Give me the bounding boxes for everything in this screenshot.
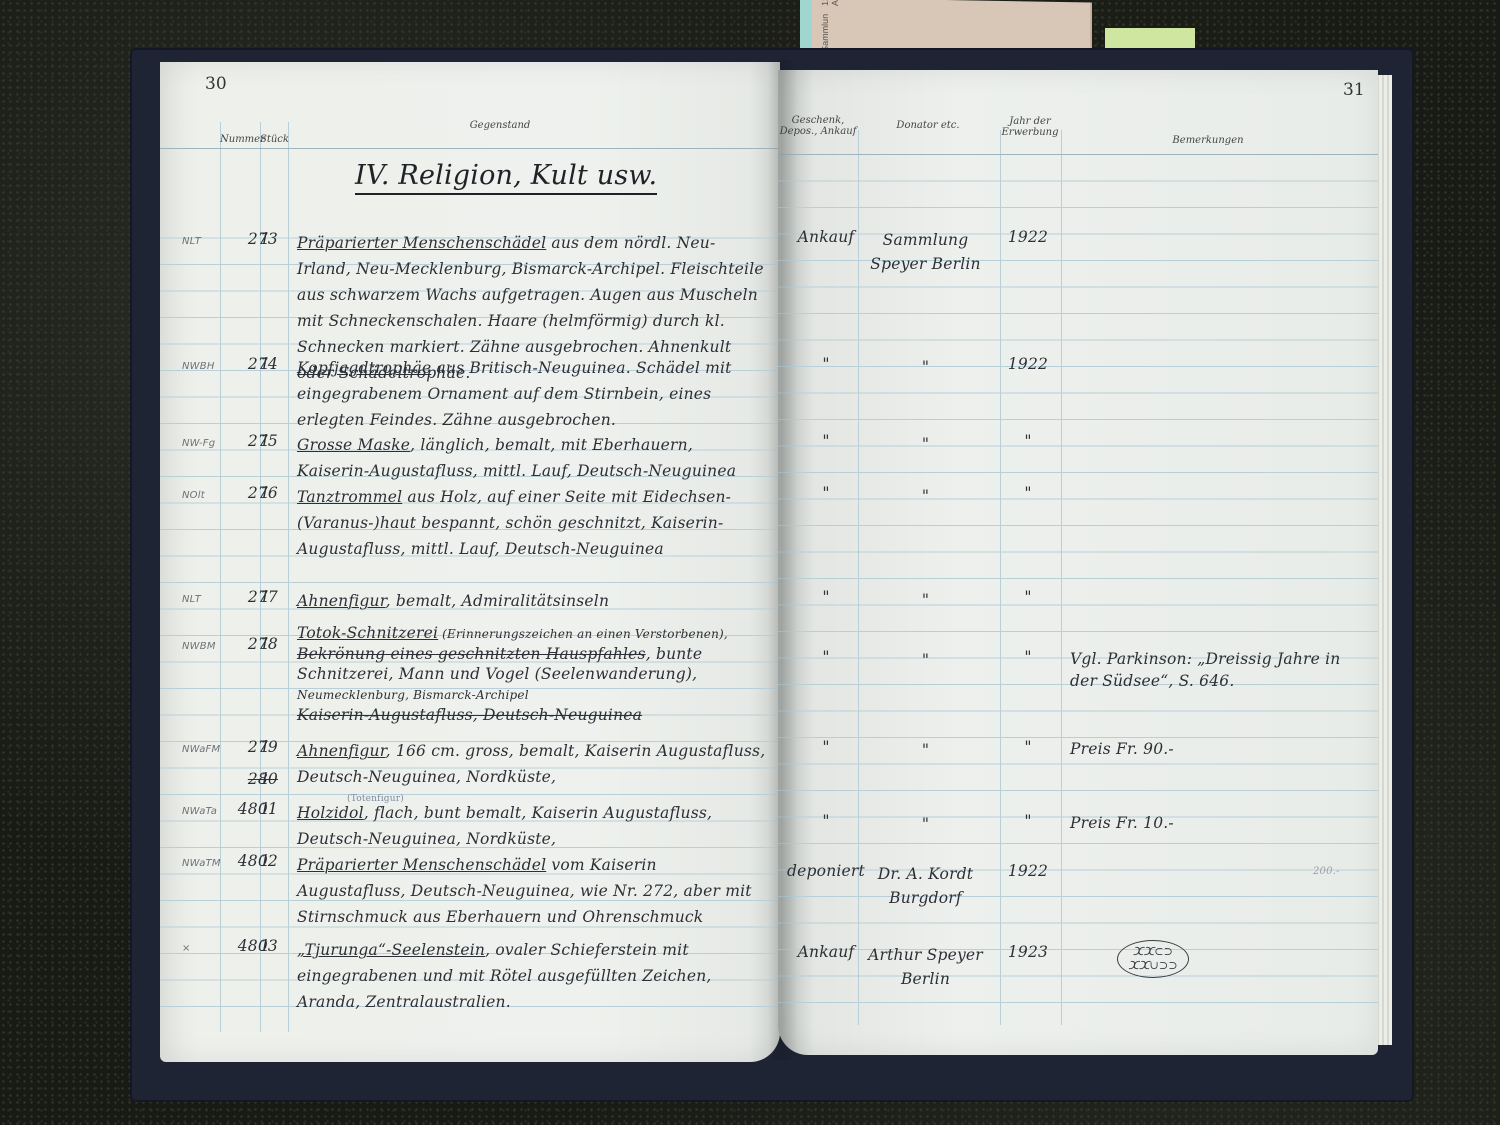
column-divider — [220, 122, 221, 1032]
donor-name: " — [868, 738, 983, 762]
acquisition-year: " — [998, 648, 1058, 666]
inventory-prefix: NWaFM — [182, 744, 220, 755]
donor-name: " — [868, 484, 983, 508]
column-header-count: Stück — [260, 134, 288, 145]
entry-count: 1 — [260, 770, 280, 788]
inventory-prefix: NW-Fg — [182, 438, 215, 449]
inventory-prefix: NLT — [182, 594, 201, 605]
entry-count: 1 — [260, 432, 280, 450]
section-title: IV. Religion, Kult usw. — [355, 160, 657, 195]
acquisition-year: 1922 — [998, 228, 1058, 246]
entry-title: „Tjurunga“-Seelenstein — [297, 941, 485, 959]
entry-count: 1 — [260, 800, 280, 818]
entry-description: Tanztrommel aus Holz, auf einer Seite mi… — [297, 484, 767, 562]
donor-name: " — [868, 588, 983, 612]
inventory-prefix: NWaTa — [182, 806, 217, 817]
donor-name: Dr. A. Kordt Burgdorf — [868, 862, 983, 910]
acquisition-year: " — [998, 432, 1058, 450]
acquisition-type: Ankauf — [786, 228, 866, 246]
page-number-right: 31 — [1343, 80, 1365, 100]
entry-count: 1 — [260, 738, 280, 756]
entry-title: Kopfjagdtrophäe — [297, 359, 431, 377]
donor-name: " — [868, 648, 983, 672]
acquisition-type: " — [786, 432, 866, 450]
entry-title: Tanztrommel — [297, 488, 402, 506]
entry-count: 1 — [260, 484, 280, 502]
acquisition-year: 1922 — [998, 355, 1058, 373]
entry-count: 1 — [260, 588, 280, 606]
inserted-correction: Neumecklenburg, Bismarck-Archipel — [297, 688, 529, 702]
inserted-paper-text: Sammlun13. Abb12. Lin11. Ne10. We9. Ka8.… — [820, 2, 840, 52]
acquisition-type: " — [786, 648, 866, 666]
entry-description: Totok-Schnitzerei (Erinnerungszeichen an… — [297, 623, 767, 725]
entry-count: 1 — [260, 937, 280, 955]
inventory-prefix: NLT — [182, 236, 201, 247]
entry-title: Totok-Schnitzerei — [297, 624, 438, 642]
entry-title-note: (Totenfigur) — [347, 786, 404, 812]
acquisition-type: " — [786, 812, 866, 830]
acquisition-year: " — [998, 738, 1058, 756]
inventory-prefix: NOlt — [182, 490, 205, 501]
entry-text: , bemalt, Admiralitätsinseln — [386, 592, 610, 610]
column-divider — [1000, 130, 1001, 1025]
entry-count: 1 — [260, 635, 280, 653]
entry-title: Ahnenfigur — [297, 742, 386, 760]
book-gutter — [768, 60, 798, 1060]
entry-count: 1 — [260, 230, 280, 248]
acquisition-type: " — [786, 738, 866, 756]
remark-text: Vgl. Parkinson: „Dreissig Jahre in der S… — [1070, 648, 1370, 692]
column-header-remarks: Bemerkungen — [1108, 135, 1308, 146]
header-rule — [778, 154, 1378, 155]
entry-count: 1 — [260, 852, 280, 870]
entry-description: Präparierter Menschenschädel vom Kaiseri… — [297, 852, 767, 930]
entry-description: Kopfjagdtrophäe aus Britisch-Neuguinea. … — [297, 355, 767, 433]
inventory-prefix: × — [182, 943, 191, 954]
donor-name: " — [868, 812, 983, 836]
struck-text: Bekrönung eines geschnitzten Hauspfahles — [297, 645, 646, 663]
column-divider — [288, 122, 289, 1032]
acquisition-year: " — [998, 588, 1058, 606]
column-divider — [858, 130, 859, 1025]
remark-text: Preis Fr. 90.- — [1070, 738, 1370, 760]
acquisition-type: " — [786, 355, 866, 373]
remark-text: Preis Fr. 10.- — [1070, 812, 1370, 834]
acquisition-year: " — [998, 484, 1058, 502]
paper-teal-strip — [800, 0, 812, 58]
inventory-prefix: NWaTM — [182, 858, 221, 869]
donor-name: Sammlung Speyer Berlin — [868, 228, 983, 276]
acquisition-type: " — [786, 484, 866, 502]
entry-title: Präparierter Menschenschädel — [297, 234, 546, 252]
tjurunga-sketch: ⵋⵋ⊂⊃ⵋⵋ∪⊃⊃ — [1117, 940, 1189, 978]
column-header-year: Jahr der Erwerbung — [1000, 116, 1060, 138]
entry-title: Ahnenfigur — [297, 592, 386, 610]
donor-name: " — [868, 355, 983, 379]
struck-text: Kaiserin-Augustafluss, Deutsch-Neuguinea — [297, 706, 642, 724]
faint-pencil-note: 200.- — [1313, 866, 1340, 877]
acquisition-year: " — [998, 812, 1058, 830]
donor-name: Arthur Speyer Berlin — [868, 943, 983, 991]
entry-description: Holzidol(Totenfigur), flach, bunt bemalt… — [297, 800, 767, 852]
column-header-number: Nummer — [220, 134, 260, 145]
acquisition-type: Ankauf — [786, 943, 866, 961]
inventory-prefix: NWBM — [182, 641, 216, 652]
donor-name: " — [868, 432, 983, 456]
entry-count: 1 — [260, 355, 280, 373]
inventory-prefix: NWBH — [182, 361, 215, 372]
entry-title: Grosse Maske — [297, 436, 410, 454]
acquisition-year: 1922 — [998, 862, 1058, 880]
column-divider — [1061, 130, 1062, 1025]
acquisition-year: 1923 — [998, 943, 1058, 961]
entry-description: Ahnenfigur, bemalt, Admiralitätsinseln — [297, 588, 767, 614]
entry-title: Präparierter Menschenschädel — [297, 856, 546, 874]
column-divider — [260, 122, 261, 1032]
entry-description: Grosse Maske, länglich, bemalt, mit Eber… — [297, 432, 767, 484]
column-header-donor: Donator etc. — [868, 120, 988, 131]
acquisition-type: deponiert — [786, 862, 866, 880]
column-header-object: Gegenstand — [440, 120, 560, 131]
acquisition-type: " — [786, 588, 866, 606]
entry-description: „Tjurunga“-Seelenstein, ovaler Schiefers… — [297, 937, 767, 1015]
entry-title-note: (Erinnerungszeichen an einen Verstorbene… — [438, 627, 728, 641]
page-number-left: 30 — [205, 74, 227, 94]
entry-description: Ahnenfigur, 166 cm. gross, bemalt, Kaise… — [297, 738, 767, 790]
header-rule — [160, 148, 780, 149]
